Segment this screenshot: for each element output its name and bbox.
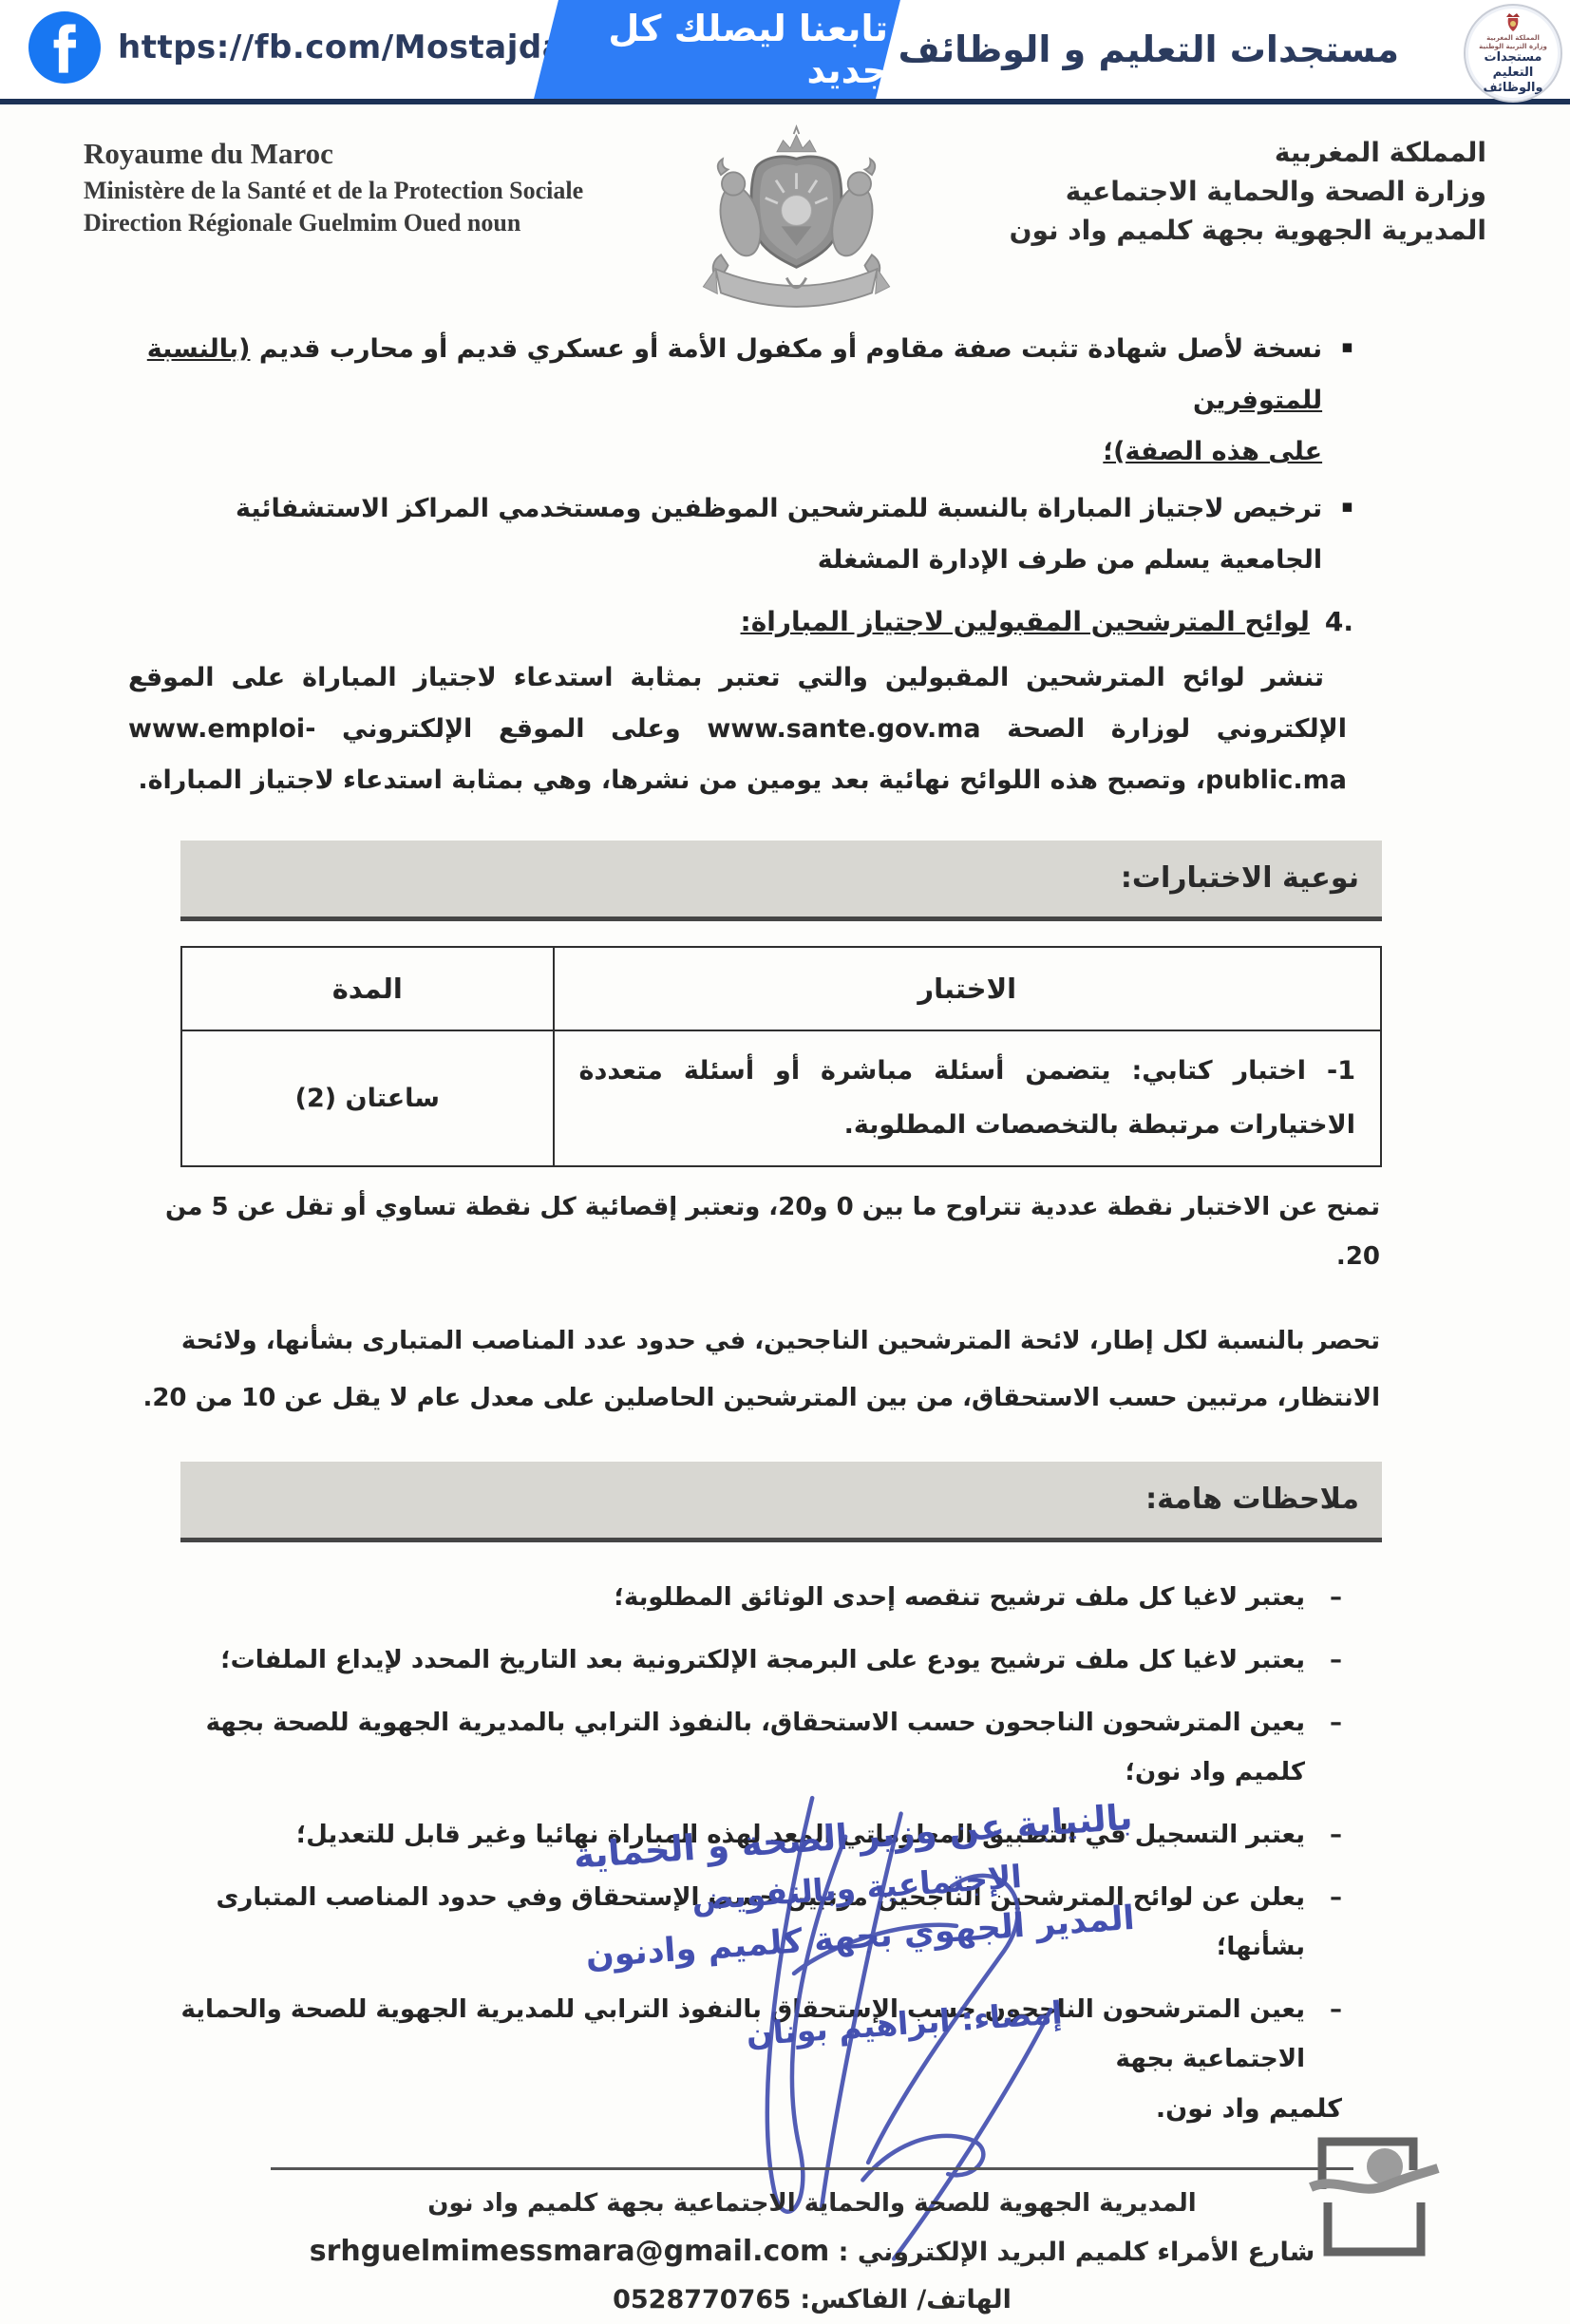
badge-main-line1: مستجدات التعليم [1466,50,1561,80]
dash-icon: – [1330,1873,1342,1972]
exam-cell: 1- اختبار كتابي: يتضمن أسئلة مباشرة أو أ… [554,1030,1381,1166]
tests-section-band: نوعية الاختبارات: [180,841,1382,921]
scanned-document-page: https://fb.com/MostajdatMaroc تابعنا ليص… [0,0,1570,2324]
footer-direction-line: المديرية الجهوية للصحة والحماية الاجتماع… [271,2182,1353,2226]
morocco-coat-of-arms-icon [694,120,898,318]
duration-cell: ساعتان (2) [181,1030,554,1166]
score-note: تمنح عن الاختبار نقطة عددية تتراوح ما بي… [128,1182,1380,1281]
dash-icon: – [1330,1698,1342,1797]
section4-paragraph: تنشر لوائح المترشحين المقبولين والتي تعت… [128,652,1347,806]
badge-tiny-line1: المملكة المغربية [1486,34,1540,43]
ranking-note: تحصر بالنسبة لكل إطار، لائحة المترشحين ا… [128,1313,1380,1427]
section4-title: لوائح المترشحين المقبولين لاجتياز المبار… [741,595,1310,649]
remark-item: – يعتبر لاغيا كل ملف ترشيح تنقصه إحدى ال… [142,1573,1342,1622]
remark-text: يعتبر لاغيا كل ملف ترشيح يودع على البرمج… [220,1635,1305,1685]
table-row: 1- اختبار كتابي: يتضمن أسئلة مباشرة أو أ… [181,1030,1381,1166]
para-text-2: وعلى الموقع الإلكتروني [315,714,707,744]
para-text-3: ، وتصبح هذه اللوائح نهائية بعد يومين من … [138,765,1205,795]
bullet1-text: نسخة لأصل شهادة تثبت صفة مقاوم أو مكفول … [133,324,1322,478]
facebook-icon [28,11,101,84]
page-name: مستجدات التعليم و الوظائف [898,0,1399,99]
document-header: Royaume du Maroc Ministère de la Santé e… [0,104,1570,318]
badge-main-line2: والوظائف [1483,81,1542,96]
ministry-ar: وزارة الصحة والحماية الاجتماعية [1010,176,1486,207]
header-french: Royaume du Maroc Ministère de la Santé e… [84,137,583,241]
remark-item: – يعين المترشحون الناجحون حسب الاستحقاق،… [142,1698,1342,1797]
exam-table: الاختبار المدة 1- اختبار كتابي: يتضمن أس… [180,946,1382,1167]
exam-cell-bold: 1- اختبار كتابي: [1132,1056,1355,1086]
bullet2-text: ترخيص لاجتياز المباراة بالنسبة للمترشحين… [133,483,1322,586]
document-footer: المديرية الجهوية للصحة والحماية الاجتماع… [271,2167,1353,2323]
follow-ribbon: تابعنا ليصلك كل جديد [534,0,900,99]
footer-email[interactable]: srhguelmimessmara@gmail.com [310,2235,829,2268]
direction-fr: Direction Régionale Guelmim Oued noun [84,209,583,237]
bullet1-line2: على هذه الصفة)؛ [133,426,1322,478]
dash-icon: – [1330,1810,1342,1860]
badge-tiny-line2: وزارة التربية الوطنية [1479,43,1547,51]
sante-gov-url[interactable]: www.sante.gov.ma [707,714,980,744]
badge-crest-icon [1503,11,1523,34]
exam-table-header-row: الاختبار المدة [181,947,1381,1030]
header-arabic: المملكة المغربية وزارة الصحة والحماية ال… [1010,137,1486,254]
required-doc-bullet-1: ▪ نسخة لأصل شهادة تثبت صفة مقاوم أو مكفو… [133,324,1353,478]
follow-text: تابعنا ليصلك كل جديد [546,8,888,91]
required-doc-bullet-2: ▪ ترخيص لاجتياز المباراة بالنسبة للمترشح… [133,483,1353,586]
bullet1-main: نسخة لأصل شهادة تثبت صفة مقاوم أو مكفول … [250,334,1322,364]
kingdom-fr: Royaume du Maroc [84,137,583,171]
square-bullet-icon: ▪ [1341,324,1353,478]
remark-item: – يعتبر لاغيا كل ملف ترشيح يودع على البر… [142,1635,1342,1685]
official-stamp: بالنيابة عن وزير الصحة و الحماية الإجتما… [501,1785,1219,2074]
page-badge-logo: المملكة المغربية وزارة التربية الوطنية م… [1464,4,1562,103]
kingdom-ar: المملكة المغربية [1010,137,1486,168]
exam-column-header: الاختبار [554,947,1381,1030]
dash-icon: – [1330,1573,1342,1622]
remark-text: يعين المترشحون الناجحون حسب الاستحقاق، ب… [142,1698,1305,1797]
footer-address-label: شارع الأمراء كلميم البريد الإلكتروني : [829,2238,1315,2267]
remark-bold-tail: كلميم واد نون. [142,2084,1342,2135]
dash-icon: – [1330,1635,1342,1685]
health-ministry-logo-icon [1309,2130,1442,2277]
section4-number: 4. [1325,595,1353,649]
footer-address-line: شارع الأمراء كلميم البريد الإلكتروني : s… [271,2226,1353,2277]
remarks-section-band: ملاحظات هامة: [180,1462,1382,1542]
square-bullet-icon: ▪ [1341,483,1353,586]
duration-column-header: المدة [181,947,554,1030]
dash-icon: – [1330,1985,1342,2084]
direction-ar: المديرية الجهوية بجهة كلميم واد نون [1010,215,1486,246]
ministry-fr: Ministère de la Santé et de la Protectio… [84,177,583,205]
remark-text: يعتبر لاغيا كل ملف ترشيح تنقصه إحدى الوث… [614,1573,1305,1622]
facebook-banner: https://fb.com/MostajdatMaroc تابعنا ليص… [0,0,1570,104]
section4-heading: 4. لوائح المترشحين المقبولين لاجتياز الم… [133,595,1353,649]
footer-phone-line: الهاتف/ الفاكس: 0528770765 [271,2277,1353,2324]
